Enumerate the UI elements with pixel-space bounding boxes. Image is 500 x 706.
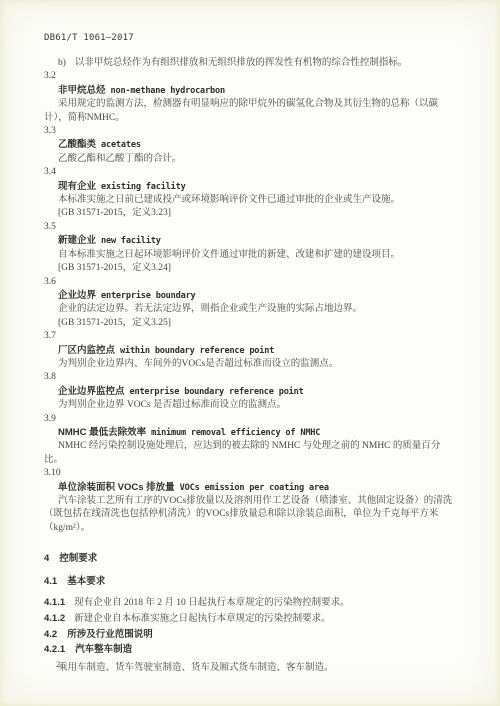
subsection-body: 乘用车制造、货车驾驶室制造、货车及厢式货车制造、客车制造。 xyxy=(44,662,456,675)
term-title-en: minimum removal efficiency of NMHC xyxy=(151,428,320,438)
term-section-3-9: 3.9 NMHC 最低去除效率minimum removal efficienc… xyxy=(44,413,456,468)
term-section-3-10: 3.10 单位涂装面积 VOCs 排放量VOCs emission per co… xyxy=(44,467,456,535)
term-citation: [GB 31571-2015，定义3.24] xyxy=(44,262,456,275)
term-title: NMHC 最低去除效率minimum removal efficiency of… xyxy=(44,426,456,440)
term-definition: 本标准实施之日前已建成投产或环境影响评价文件已通过审批的企业或生产设施。 xyxy=(44,194,456,207)
term-definition: 采用规定的监测方法，检测器有明显响应的除甲烷外的碳氢化合物及其衍生物的总称（以碳… xyxy=(44,98,456,125)
term-title-zh: 新建企业 xyxy=(58,235,96,246)
term-title-en: enterprise boundary reference point xyxy=(130,387,304,397)
term-title-en: within boundary reference point xyxy=(120,346,274,356)
subsection-title: 所涉及行业范围说明 xyxy=(67,629,153,640)
document-page: DB61/T 1061—2017 b)以非甲烷总烃作为有组织排放和无组织排放的挥… xyxy=(0,0,500,706)
term-section-3-7: 3.7 厂区内监控点within boundary reference poin… xyxy=(44,330,456,371)
page-number: 2 xyxy=(56,659,60,669)
chapter-heading: 4控制要求 xyxy=(44,552,456,565)
term-title-zh: 乙酸酯类 xyxy=(58,139,96,150)
clause-4-1-2: 4.1.2新建企业自本标准实施之日起执行本章规定的污染控制要求。 xyxy=(44,612,456,626)
term-title: 现有企业existing facility xyxy=(44,180,456,194)
chapter-title: 控制要求 xyxy=(59,553,97,564)
term-title: 企业边界enterprise boundary xyxy=(44,289,456,303)
subsection-number: 4.2.1 xyxy=(44,644,65,655)
term-title-en: acetates xyxy=(101,140,141,150)
subsection-heading-4-2: 4.2所涉及行业范围说明 xyxy=(44,628,456,641)
term-title-zh: 现有企业 xyxy=(58,181,96,192)
clause-text: 新建企业自本标准实施之日起执行本章规定的污染控制要求。 xyxy=(74,614,331,624)
term-number: 3.3 xyxy=(44,125,456,138)
subsection-heading-4-2-1: 4.2.1汽车整车制造 xyxy=(44,643,456,656)
term-title: 企业边界监控点enterprise boundary reference poi… xyxy=(44,385,456,399)
term-section-3-2: 3.2 非甲烷总烃non-methane hydrocarbon 采用规定的监测… xyxy=(44,70,456,125)
term-definition: 自本标准实施之日起环境影响评价文件通过审批的新建、改建和扩建的建设项目。 xyxy=(44,249,456,262)
term-title-zh: NMHC 最低去除效率 xyxy=(58,427,146,438)
term-title-zh: 单位涂装面积 VOCs 排放量 xyxy=(58,482,175,493)
term-title-en: existing facility xyxy=(101,182,186,192)
term-citation: [GB 31571-2015，定义3.25] xyxy=(44,317,456,330)
term-section-3-3: 3.3 乙酸酯类acetates 乙酸乙酯和乙酸丁酯的合计。 xyxy=(44,125,456,166)
term-number: 3.7 xyxy=(44,330,456,343)
chapter-number: 4 xyxy=(44,553,49,564)
subsection-heading-4-1: 4.1基本要求 xyxy=(44,575,456,588)
term-number: 3.5 xyxy=(44,221,456,234)
term-title-zh: 企业边界监控点 xyxy=(58,386,125,397)
term-definition: 企业的法定边界。若无法定边界，则指企业或生产设施的实际占地边界。 xyxy=(44,303,456,316)
term-title: 厂区内监控点within boundary reference point xyxy=(44,344,456,358)
term-number: 3.2 xyxy=(44,70,456,83)
term-title: 非甲烷总烃non-methane hydrocarbon xyxy=(44,84,456,98)
clause-number: 4.1.1 xyxy=(44,597,65,608)
term-title-en: VOCs emission per coating area xyxy=(180,483,329,493)
term-title-en: new facility xyxy=(101,236,161,246)
term-title-zh: 非甲烷总烃 xyxy=(58,85,106,96)
clause-4-1-1: 4.1.1现有企业自 2018 年 2 月 10 日起执行本章规定的污染物控制要… xyxy=(44,596,456,610)
term-section-3-5: 3.5 新建企业new facility 自本标准实施之日起环境影响评价文件通过… xyxy=(44,221,456,276)
term-title: 乙酸酯类acetates xyxy=(44,138,456,152)
clause-number: 4.1.2 xyxy=(44,613,65,624)
term-number: 3.10 xyxy=(44,467,456,480)
term-title-zh: 企业边界 xyxy=(58,290,96,301)
clause-text: 现有企业自 2018 年 2 月 10 日起执行本章规定的污染物控制要求。 xyxy=(74,598,350,608)
term-definition: 为判别企业边界 VOCs 是否超过标准而设立的监测点。 xyxy=(44,399,456,412)
term-title-zh: 厂区内监控点 xyxy=(58,345,115,356)
subsection-title: 基本要求 xyxy=(67,576,105,587)
list-item-label: b) xyxy=(58,58,66,68)
term-number: 3.6 xyxy=(44,276,456,289)
term-title-en: enterprise boundary xyxy=(101,291,196,301)
term-definition: 为判别企业边界内、车间外的VOCs是否超过标准而设立的监测点。 xyxy=(44,358,456,371)
term-title: 单位涂装面积 VOCs 排放量VOCs emission per coating… xyxy=(44,481,456,495)
term-number: 3.9 xyxy=(44,413,456,426)
subsection-number: 4.1 xyxy=(44,576,57,587)
term-definition: 乙酸乙酯和乙酸丁酯的合计。 xyxy=(44,153,456,166)
term-title-en: non-methane hydrocarbon xyxy=(111,86,225,96)
subsection-number: 4.2 xyxy=(44,629,57,640)
term-number: 3.8 xyxy=(44,371,456,384)
term-section-3-6: 3.6 企业边界enterprise boundary 企业的法定边界。若无法定… xyxy=(44,276,456,331)
list-item-b: b)以非甲烷总烃作为有组织排放和无组织排放的挥发性有机物的综合性控制指标。 xyxy=(44,57,456,70)
term-number: 3.4 xyxy=(44,166,456,179)
term-definition: NMHC 经污染控制设施处理后，应达到的被去除的 NMHC 与处理之前的 NMH… xyxy=(44,440,456,467)
subsection-title: 汽车整车制造 xyxy=(75,644,132,655)
term-section-3-4: 3.4 现有企业existing facility 本标准实施之日前已建成投产或… xyxy=(44,166,456,221)
term-title: 新建企业new facility xyxy=(44,234,456,248)
term-definition: 汽车涂装工艺所有工序的VOCs排放量以及溶剂用作工艺设备（喷漆室、其他固定设备）… xyxy=(44,495,456,535)
term-citation: [GB 31571-2015，定义3.23] xyxy=(44,207,456,220)
term-section-3-8: 3.8 企业边界监控点enterprise boundary reference… xyxy=(44,371,456,412)
list-item-text: 以非甲烷总烃作为有组织排放和无组织排放的挥发性有机物的综合性控制指标。 xyxy=(75,58,408,68)
document-content: b)以非甲烷总烃作为有组织排放和无组织排放的挥发性有机物的综合性控制指标。 3.… xyxy=(44,57,456,676)
standard-number-header: DB61/T 1061—2017 xyxy=(44,33,456,43)
